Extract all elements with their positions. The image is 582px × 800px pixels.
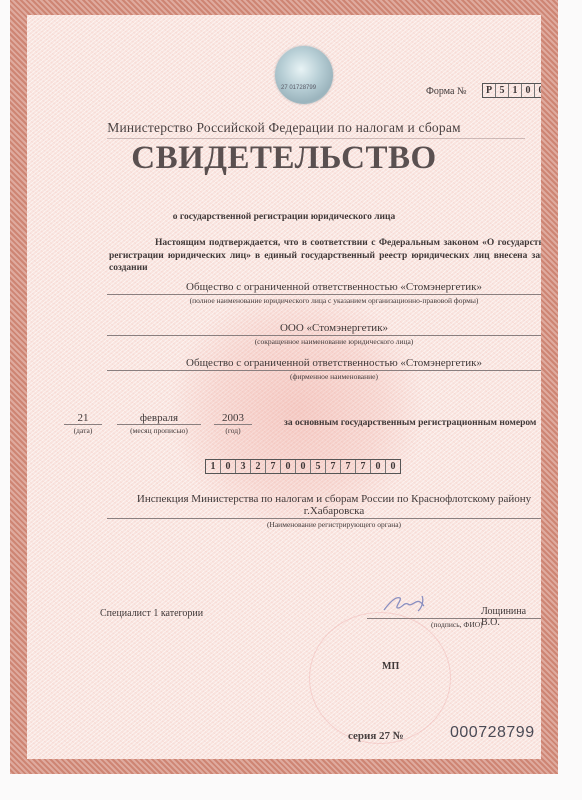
full-name-caption: (полное наименование юридического лица с…: [107, 296, 541, 305]
brand-name-caption: (фирменное наименование): [107, 372, 541, 381]
certificate-border: 27 01728799 Форма № Р 5 1 0 0 1 Министер…: [10, 0, 558, 774]
forma-code: Р 5 1 0 0 1: [482, 83, 541, 98]
ogrn-digit: 1: [206, 460, 221, 473]
forma-code-char: 5: [496, 84, 509, 97]
short-name-field: ООО «Стомэнергетик» (сокращенное наимено…: [107, 322, 541, 346]
authority-caption: (Наименование регистрирующего органа): [107, 520, 541, 529]
date-year: 2003 (год): [214, 412, 252, 435]
ogrn-digit: 7: [326, 460, 341, 473]
short-name-value: ООО «Стомэнергетик»: [107, 322, 541, 336]
date-day-value: 21: [64, 412, 102, 425]
ogrn-digit: 7: [266, 460, 281, 473]
ogrn-digit: 0: [371, 460, 386, 473]
ogrn-digit: 0: [281, 460, 296, 473]
brand-name-value: Общество с ограниченной ответственностью…: [107, 357, 541, 371]
date-year-caption: (год): [214, 426, 252, 435]
authority-line2: г.Хабаровска: [107, 505, 541, 519]
intro-paragraph: Настоящим подтверждается, что в соответс…: [109, 237, 541, 275]
ogrn-label: за основным государственным регистрацион…: [284, 418, 536, 428]
forma-label: Форма №: [426, 86, 467, 97]
forma-code-char: 1: [509, 84, 522, 97]
ministry-heading: Министерство Российской Федерации по нал…: [27, 120, 541, 136]
brand-name-field: Общество с ограниченной ответственностью…: [107, 357, 541, 381]
forma-code-char: 0: [535, 84, 541, 97]
ogrn-digit: 2: [251, 460, 266, 473]
full-name-value: Общество с ограниченной ответственностью…: [107, 281, 541, 295]
ogrn-digit: 7: [341, 460, 356, 473]
signer-title: Специалист 1 категории: [100, 608, 203, 619]
short-name-caption: (сокращенное наименование юридического л…: [107, 337, 541, 346]
ogrn-number: 1 0 3 2 7 0 0 5 7 7 7 0 0: [205, 459, 401, 474]
hologram-sticker-icon: 27 01728799: [275, 46, 333, 104]
stamp-area: [309, 612, 451, 744]
forma-code-char: Р: [483, 84, 496, 97]
ministry-underline: [107, 138, 525, 139]
forma-code-char: 0: [522, 84, 535, 97]
signature-caption: (подпись, ФИО): [431, 620, 483, 629]
signature-icon: [382, 592, 430, 614]
certificate-body: 27 01728799 Форма № Р 5 1 0 0 1 Министер…: [27, 15, 541, 759]
signer-name: Лощинина В.О.: [481, 606, 541, 628]
date-day-caption: (дата): [64, 426, 102, 435]
series-number: 000728799: [450, 724, 535, 742]
document-title: СВИДЕТЕЛЬСТВО: [27, 140, 541, 177]
ogrn-digit: 0: [296, 460, 311, 473]
authority-line1: Инспекция Министерства по налогам и сбор…: [107, 493, 541, 505]
series-label: серия 27 №: [348, 730, 404, 742]
ogrn-digit: 7: [356, 460, 371, 473]
document-subtitle: о государственной регистрации юридическо…: [27, 212, 541, 222]
date-month-caption: (месяц прописью): [117, 426, 201, 435]
full-name-field: Общество с ограниченной ответственностью…: [107, 281, 541, 305]
ogrn-digit: 5: [311, 460, 326, 473]
date-month: февраля (месяц прописью): [117, 412, 201, 435]
date-year-value: 2003: [214, 412, 252, 425]
ogrn-digit: 0: [386, 460, 400, 473]
ogrn-digit: 0: [221, 460, 236, 473]
date-month-value: февраля: [117, 412, 201, 425]
hologram-number: 27 01728799: [281, 85, 316, 91]
authority-field: Инспекция Министерства по налогам и сбор…: [107, 493, 541, 529]
date-day: 21 (дата): [64, 412, 102, 435]
stamp-place-label: МП: [382, 661, 399, 672]
ogrn-digit: 3: [236, 460, 251, 473]
